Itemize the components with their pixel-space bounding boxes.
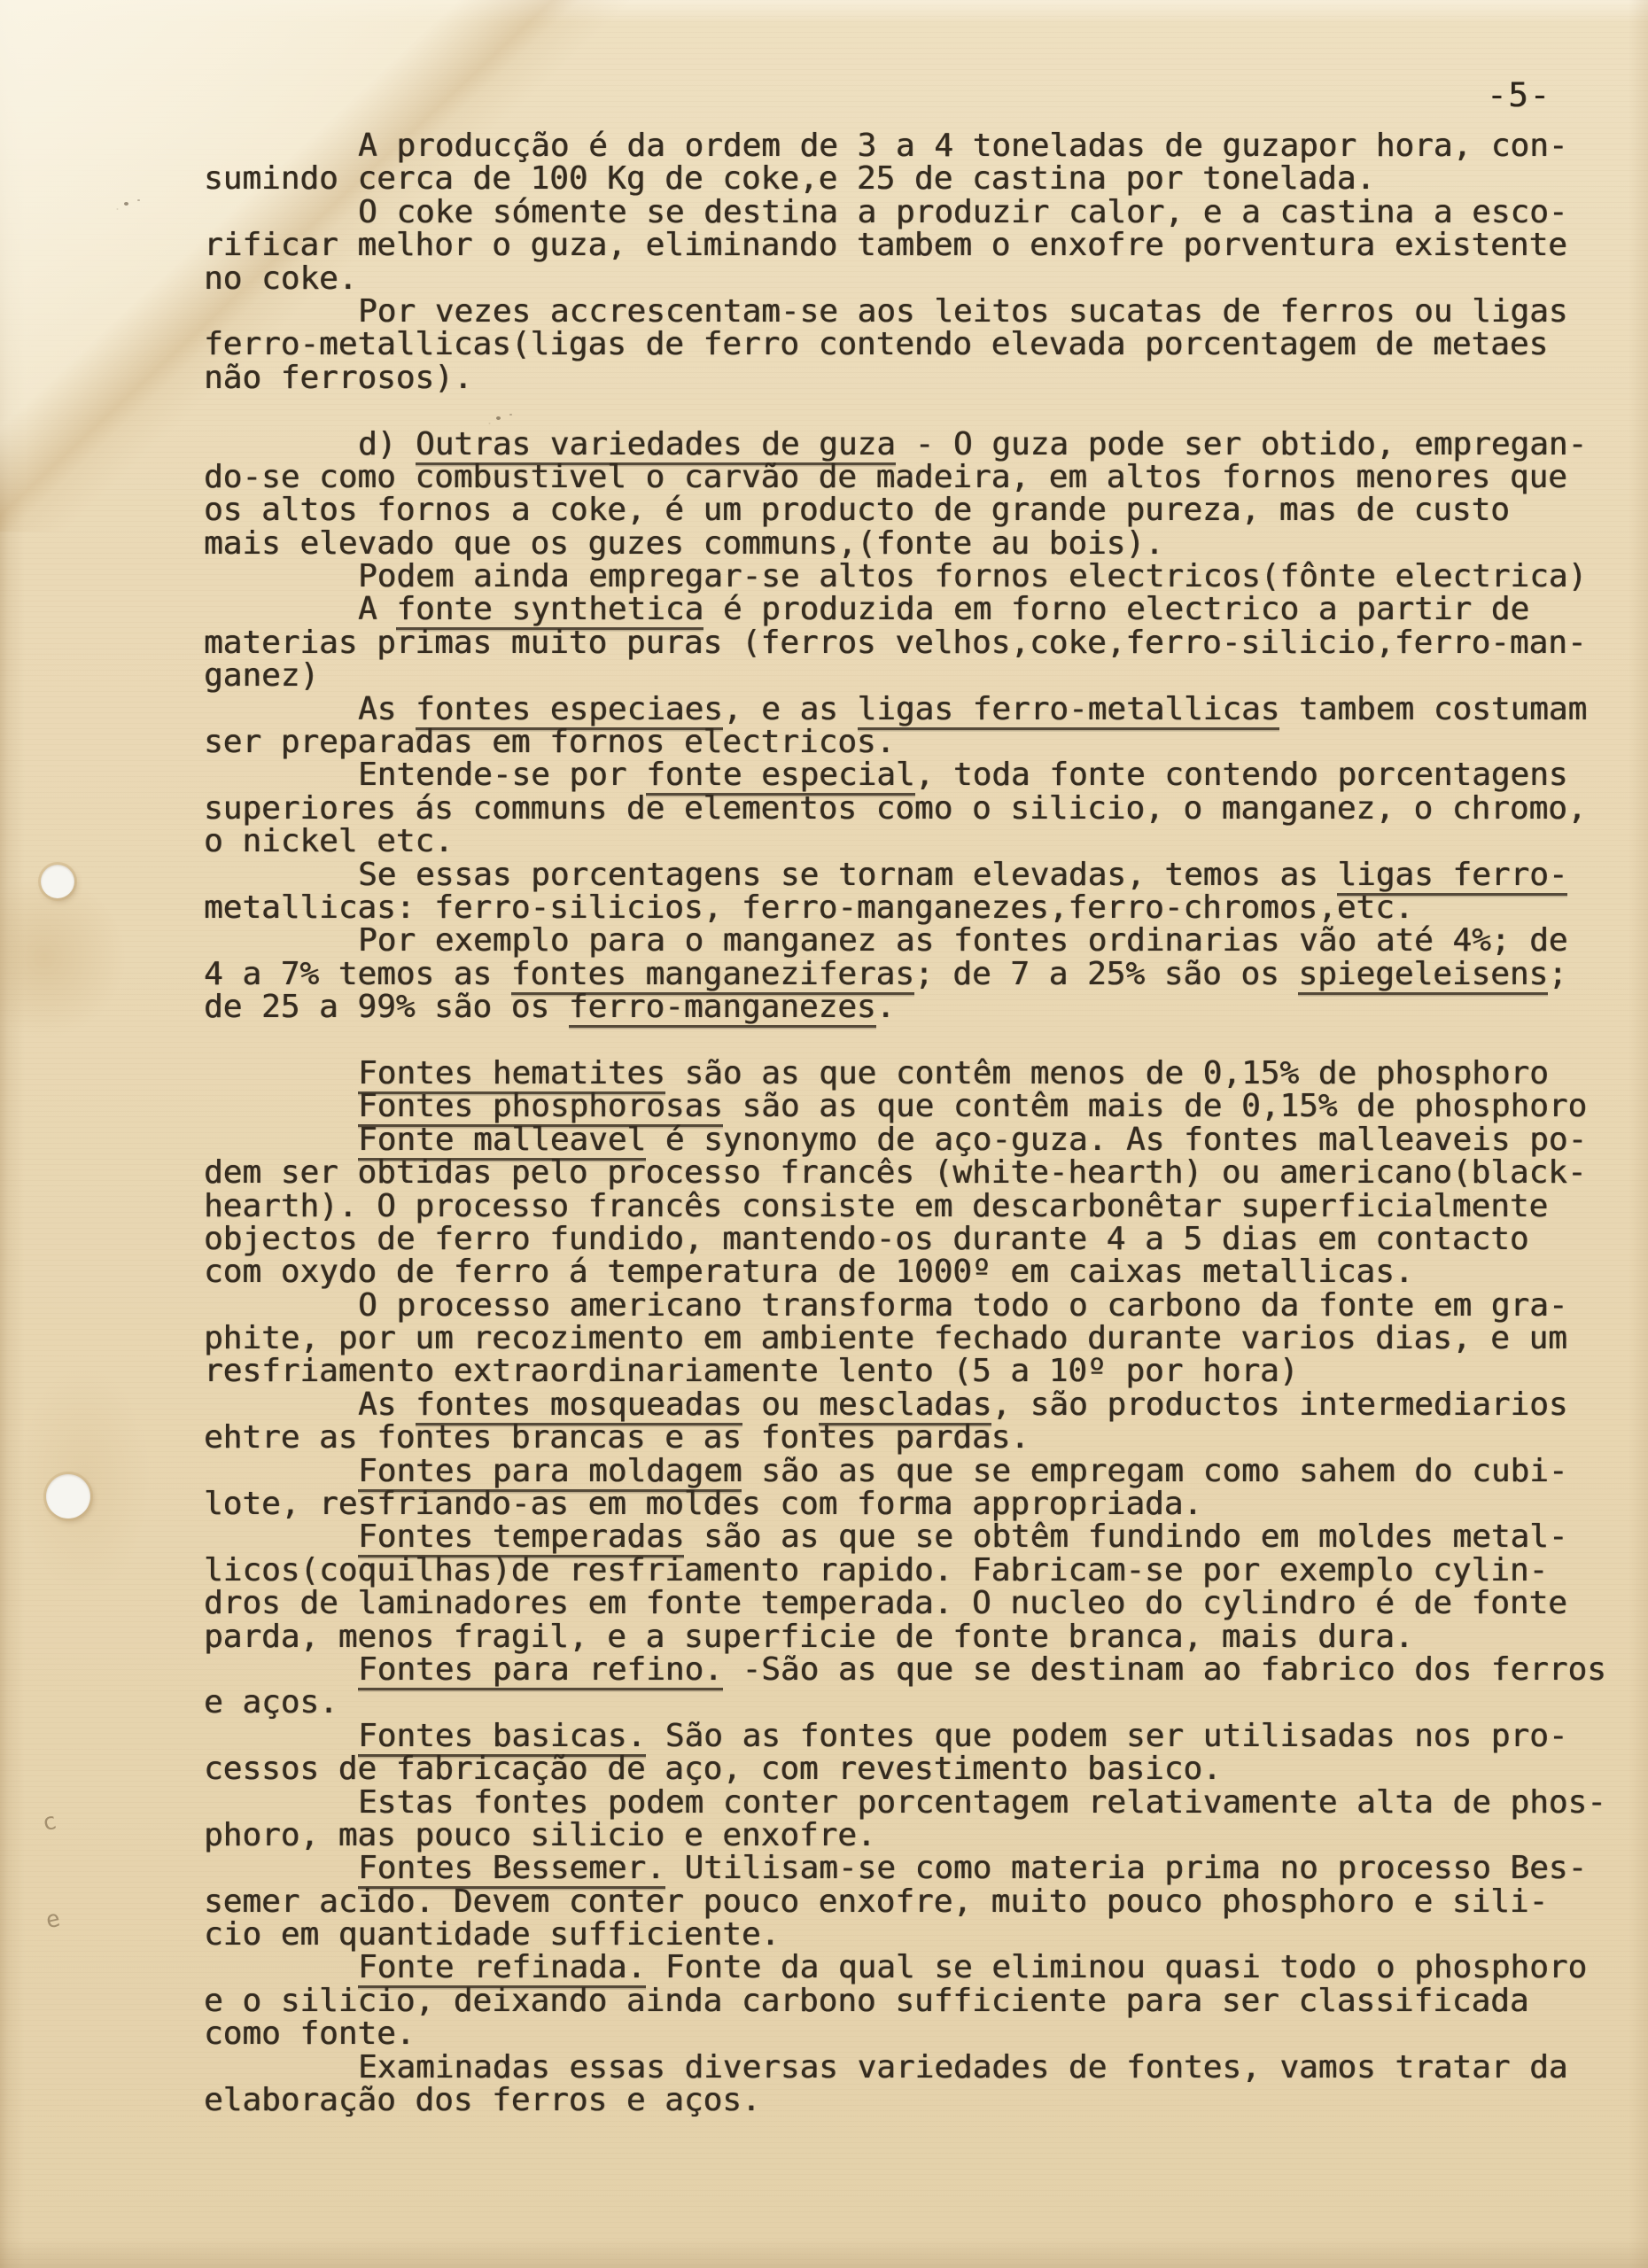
text-line: Fontes para moldagem são as que se empre…: [204, 1455, 1621, 1487]
text-run: O coke sómente se destina a produzir cal…: [358, 194, 1567, 230]
text-line: Podem ainda empregar-se altos fornos ele…: [204, 560, 1621, 593]
text-run: como fonte.: [204, 2016, 415, 2052]
text-line: e o silicio, deixando ainda carbono suff…: [204, 1984, 1621, 2017]
underlined-phrase: spiegeleisens: [1298, 956, 1548, 995]
text-run: são as que se empregam como sahem do cub…: [742, 1453, 1567, 1489]
text-line: A producção é da ordem de 3 a 4 tonelada…: [204, 129, 1621, 162]
text-run: dem ser obtidas pelo processo francês (w…: [204, 1154, 1587, 1191]
text-run: no coke.: [204, 260, 357, 297]
underlined-phrase: Fontes para refino.: [358, 1651, 723, 1690]
text-run: objectos de ferro fundido, mantendo-os d…: [204, 1221, 1529, 1257]
text-line: ehtre as fontes brancas e as fontes pard…: [204, 1421, 1621, 1454]
text-line: licos(coquilhas)de resfriamento rapido. …: [204, 1554, 1621, 1587]
text-line: hearth). O processo francês consiste em …: [204, 1190, 1621, 1223]
text-run: A: [358, 591, 396, 627]
punch-hole: [46, 1474, 90, 1518]
text-run: ehtre as fontes brancas e as fontes pard…: [204, 1419, 1030, 1456]
text-line: os altos fornos a coke, é um producto de…: [204, 493, 1621, 526]
text-line: Estas fontes podem conter porcentagem re…: [204, 1786, 1621, 1819]
text-line: 4 a 7% temos as fontes manganeziferas; d…: [204, 958, 1621, 990]
text-run: Utilisam-se como materia prima no proces…: [665, 1850, 1587, 1886]
text-run: Se essas porcentagens se tornam elevadas…: [358, 857, 1337, 893]
text-run: Estas fontes podem conter porcentagem re…: [358, 1784, 1606, 1821]
text-line: A fonte synthetica é produzida em forno …: [204, 593, 1621, 625]
text-line: ganez): [204, 659, 1621, 692]
text-line: Entende-se por fonte especial, toda font…: [204, 758, 1621, 791]
text-run: Entende-se por: [358, 757, 646, 793]
text-line: rificar melhor o guza, eliminando tambem…: [204, 229, 1621, 261]
text-line: Fontes para refino. -São as que se desti…: [204, 1653, 1621, 1686]
scanned-page: -5- A producção é da ordem de 3 a 4 tone…: [0, 0, 1648, 2268]
blank-line: [204, 1024, 1621, 1057]
text-run: são as que contêm mais de 0,15% de phosp…: [723, 1088, 1587, 1124]
text-run: sumindo cerca de 100 Kg de coke,e 25 de …: [204, 160, 1375, 197]
document-text: A producção é da ordem de 3 a 4 tonelada…: [204, 129, 1621, 2117]
text-run: Fonte da qual se eliminou quasi todo o p…: [646, 1949, 1587, 1985]
text-run: metallicas: ferro-silicios, ferro-mangan…: [204, 889, 1413, 926]
stray-mark: c: [40, 1808, 59, 1837]
text-run: ganez): [204, 657, 319, 694]
text-line: dros de laminadores em fonte temperada. …: [204, 1587, 1621, 1619]
text-run: é produzida em forno electrico a partir …: [704, 591, 1529, 627]
text-line: cio em quantidade sufficiente.: [204, 1918, 1621, 1951]
text-line: de 25 a 99% são os ferro-manganezes.: [204, 990, 1621, 1023]
stain: [0, 873, 128, 1041]
text-line: materias primas muito puras (ferros velh…: [204, 626, 1621, 659]
text-line: O coke sómente se destina a produzir cal…: [204, 196, 1621, 229]
text-line: metallicas: ferro-silicios, ferro-mangan…: [204, 891, 1621, 924]
text-line: do-se como combustivel o carvão de madei…: [204, 461, 1621, 493]
stray-mark: e: [43, 1906, 63, 1935]
text-line: Por vezes accrescentam-se aos leitos suc…: [204, 295, 1621, 328]
text-line: ser preparadas em fornos electricos.: [204, 726, 1621, 758]
text-line: O processo americano transforma todo o c…: [204, 1289, 1621, 1322]
text-line: Fontes temperadas são as que se obtêm fu…: [204, 1520, 1621, 1553]
text-line: Se essas porcentagens se tornam elevadas…: [204, 858, 1621, 891]
underlined-phrase: ligas ferro-metallicas: [858, 691, 1280, 730]
text-line: parda, menos fragil, e a superficie de f…: [204, 1620, 1621, 1653]
text-line: como fonte.: [204, 2017, 1621, 2050]
page-number: -5-: [1487, 76, 1551, 114]
text-line: As fontes especiaes, e as ligas ferro-me…: [204, 693, 1621, 726]
text-run: são as que se obtêm fundindo em moldes m…: [684, 1518, 1567, 1555]
text-line: resfriamento extraordinariamente lento (…: [204, 1355, 1621, 1387]
text-run: materias primas muito puras (ferros velh…: [204, 625, 1587, 661]
text-run: e o silicio, deixando ainda carbono suff…: [204, 1983, 1529, 2019]
text-run: , são productos intermediarios: [991, 1386, 1567, 1423]
text-run: ferro-metallicas(ligas de ferro contendo…: [204, 326, 1548, 362]
text-line: Fonte malleavel é synonymo de aço-guza. …: [204, 1123, 1621, 1156]
text-run: são as que contêm menos de 0,15% de phos…: [665, 1055, 1549, 1091]
text-run: os altos fornos a coke, é um producto de…: [204, 492, 1510, 528]
text-line: Por exemplo para o manganez as fontes or…: [204, 924, 1621, 957]
text-run: ou: [742, 1386, 820, 1423]
text-line: Fontes Bessemer. Utilisam-se como materi…: [204, 1852, 1621, 1884]
text-line: As fontes mosqueadas ou mescladas, são p…: [204, 1388, 1621, 1421]
text-line: superiores ás communs de elementos como …: [204, 792, 1621, 825]
text-line: Fontes hematites são as que contêm menos…: [204, 1057, 1621, 1090]
stain: [18, 1364, 151, 1595]
text-run: As: [358, 691, 416, 727]
blank-line: [204, 394, 1621, 427]
text-run: licos(coquilhas)de resfriamento rapido. …: [204, 1552, 1548, 1588]
text-run: do-se como combustivel o carvão de madei…: [204, 459, 1567, 495]
text-line: com oxydo de ferro á temperatura de 1000…: [204, 1255, 1621, 1288]
text-line: phoro, mas pouco silicio e enxofre.: [204, 1819, 1621, 1852]
text-run: Por vezes accrescentam-se aos leitos suc…: [358, 293, 1567, 330]
text-run: ;: [1548, 956, 1567, 992]
text-line: sumindo cerca de 100 Kg de coke,e 25 de …: [204, 162, 1621, 195]
text-run: superiores ás communs de elementos como …: [204, 790, 1587, 827]
text-run: São as fontes que podem ser utilisadas n…: [646, 1718, 1567, 1754]
text-line: Examinadas essas diversas variedades de …: [204, 2051, 1621, 2084]
text-run: As: [358, 1386, 416, 1423]
text-run: cessos de fabricação de aço, com revesti…: [204, 1751, 1222, 1787]
text-run: d): [358, 426, 416, 462]
text-run: 4 a 7% temos as: [204, 956, 511, 992]
text-line: objectos de ferro fundido, mantendo-os d…: [204, 1223, 1621, 1255]
text-line: não ferrosos).: [204, 361, 1621, 394]
text-run: é synonymo de aço-guza. As fontes mallea…: [646, 1122, 1587, 1158]
text-run: ; de 7 a 25% são os: [914, 956, 1298, 992]
text-run: - O guza pode ser obtido, empregan-: [896, 426, 1587, 462]
text-line: dem ser obtidas pelo processo francês (w…: [204, 1156, 1621, 1189]
text-run: parda, menos fragil, e a superficie de f…: [204, 1619, 1413, 1655]
text-run: , e as: [723, 691, 858, 727]
punch-hole: [41, 865, 74, 898]
text-run: -São as que se destinam ao fabrico dos f…: [723, 1651, 1606, 1688]
text-run: mais elevado que os guzes communs,(fonte…: [204, 525, 1164, 562]
text-run: ser preparadas em fornos electricos.: [204, 724, 895, 760]
text-line: Fontes phosphorosas são as que contêm ma…: [204, 1090, 1621, 1122]
text-run: , toda fonte contendo porcentagens: [915, 757, 1568, 793]
text-run: de 25 a 99% são os: [204, 989, 569, 1025]
text-run: dros de laminadores em fonte temperada. …: [204, 1585, 1567, 1621]
text-run: elaboração dos ferros e aços.: [204, 2082, 761, 2118]
text-run: semer acido. Devem conter pouco enxofre,…: [204, 1884, 1548, 1920]
text-line: ferro-metallicas(ligas de ferro contendo…: [204, 328, 1621, 361]
text-line: phite, por um recozimento em ambiente fe…: [204, 1322, 1621, 1355]
text-line: e aços.: [204, 1686, 1621, 1719]
text-run: rificar melhor o guza, eliminando tambem…: [204, 227, 1567, 263]
text-line: d) Outras variedades de guza - O guza po…: [204, 428, 1621, 461]
text-run: não ferrosos).: [204, 360, 472, 396]
text-line: no coke.: [204, 262, 1621, 295]
text-run: hearth). O processo francês consiste em …: [204, 1188, 1548, 1224]
text-run: tambem costumam: [1279, 691, 1587, 727]
text-run: Examinadas essas diversas variedades de …: [358, 2049, 1567, 2085]
text-run: cio em quantidade sufficiente.: [204, 1916, 780, 1953]
text-line: Fontes basicas. São as fontes que podem …: [204, 1720, 1621, 1752]
text-run: phite, por um recozimento em ambiente fe…: [204, 1320, 1567, 1356]
text-run: o nickel etc.: [204, 823, 454, 859]
text-run: O processo americano transforma todo o c…: [358, 1287, 1567, 1324]
text-run: A producção é da ordem de 3 a 4 tonelada…: [358, 128, 1567, 164]
ink-speck: [496, 416, 501, 420]
text-run: Podem ainda empregar-se altos fornos ele…: [358, 558, 1587, 594]
underlined-phrase: ferro-manganezes: [569, 989, 876, 1028]
ink-speck: [124, 202, 128, 206]
text-line: elaboração dos ferros e aços.: [204, 2084, 1621, 2117]
text-run: Por exemplo para o manganez as fontes or…: [358, 922, 1567, 959]
text-run: phoro, mas pouco silicio e enxofre.: [204, 1817, 876, 1853]
text-run: com oxydo de ferro á temperatura de 1000…: [204, 1254, 1413, 1290]
text-line: Fonte refinada. Fonte da qual se elimino…: [204, 1951, 1621, 1984]
text-line: cessos de fabricação de aço, com revesti…: [204, 1752, 1621, 1785]
text-run: lote, resfriando-as em moldes com forma …: [204, 1486, 1202, 1522]
text-line: lote, resfriando-as em moldes com forma …: [204, 1487, 1621, 1520]
text-run: .: [876, 989, 896, 1025]
text-line: semer acido. Devem conter pouco enxofre,…: [204, 1885, 1621, 1918]
text-line: mais elevado que os guzes communs,(fonte…: [204, 527, 1621, 560]
text-line: o nickel etc.: [204, 825, 1621, 858]
text-run: resfriamento extraordinariamente lento (…: [204, 1353, 1298, 1389]
text-run: e aços.: [204, 1684, 338, 1720]
